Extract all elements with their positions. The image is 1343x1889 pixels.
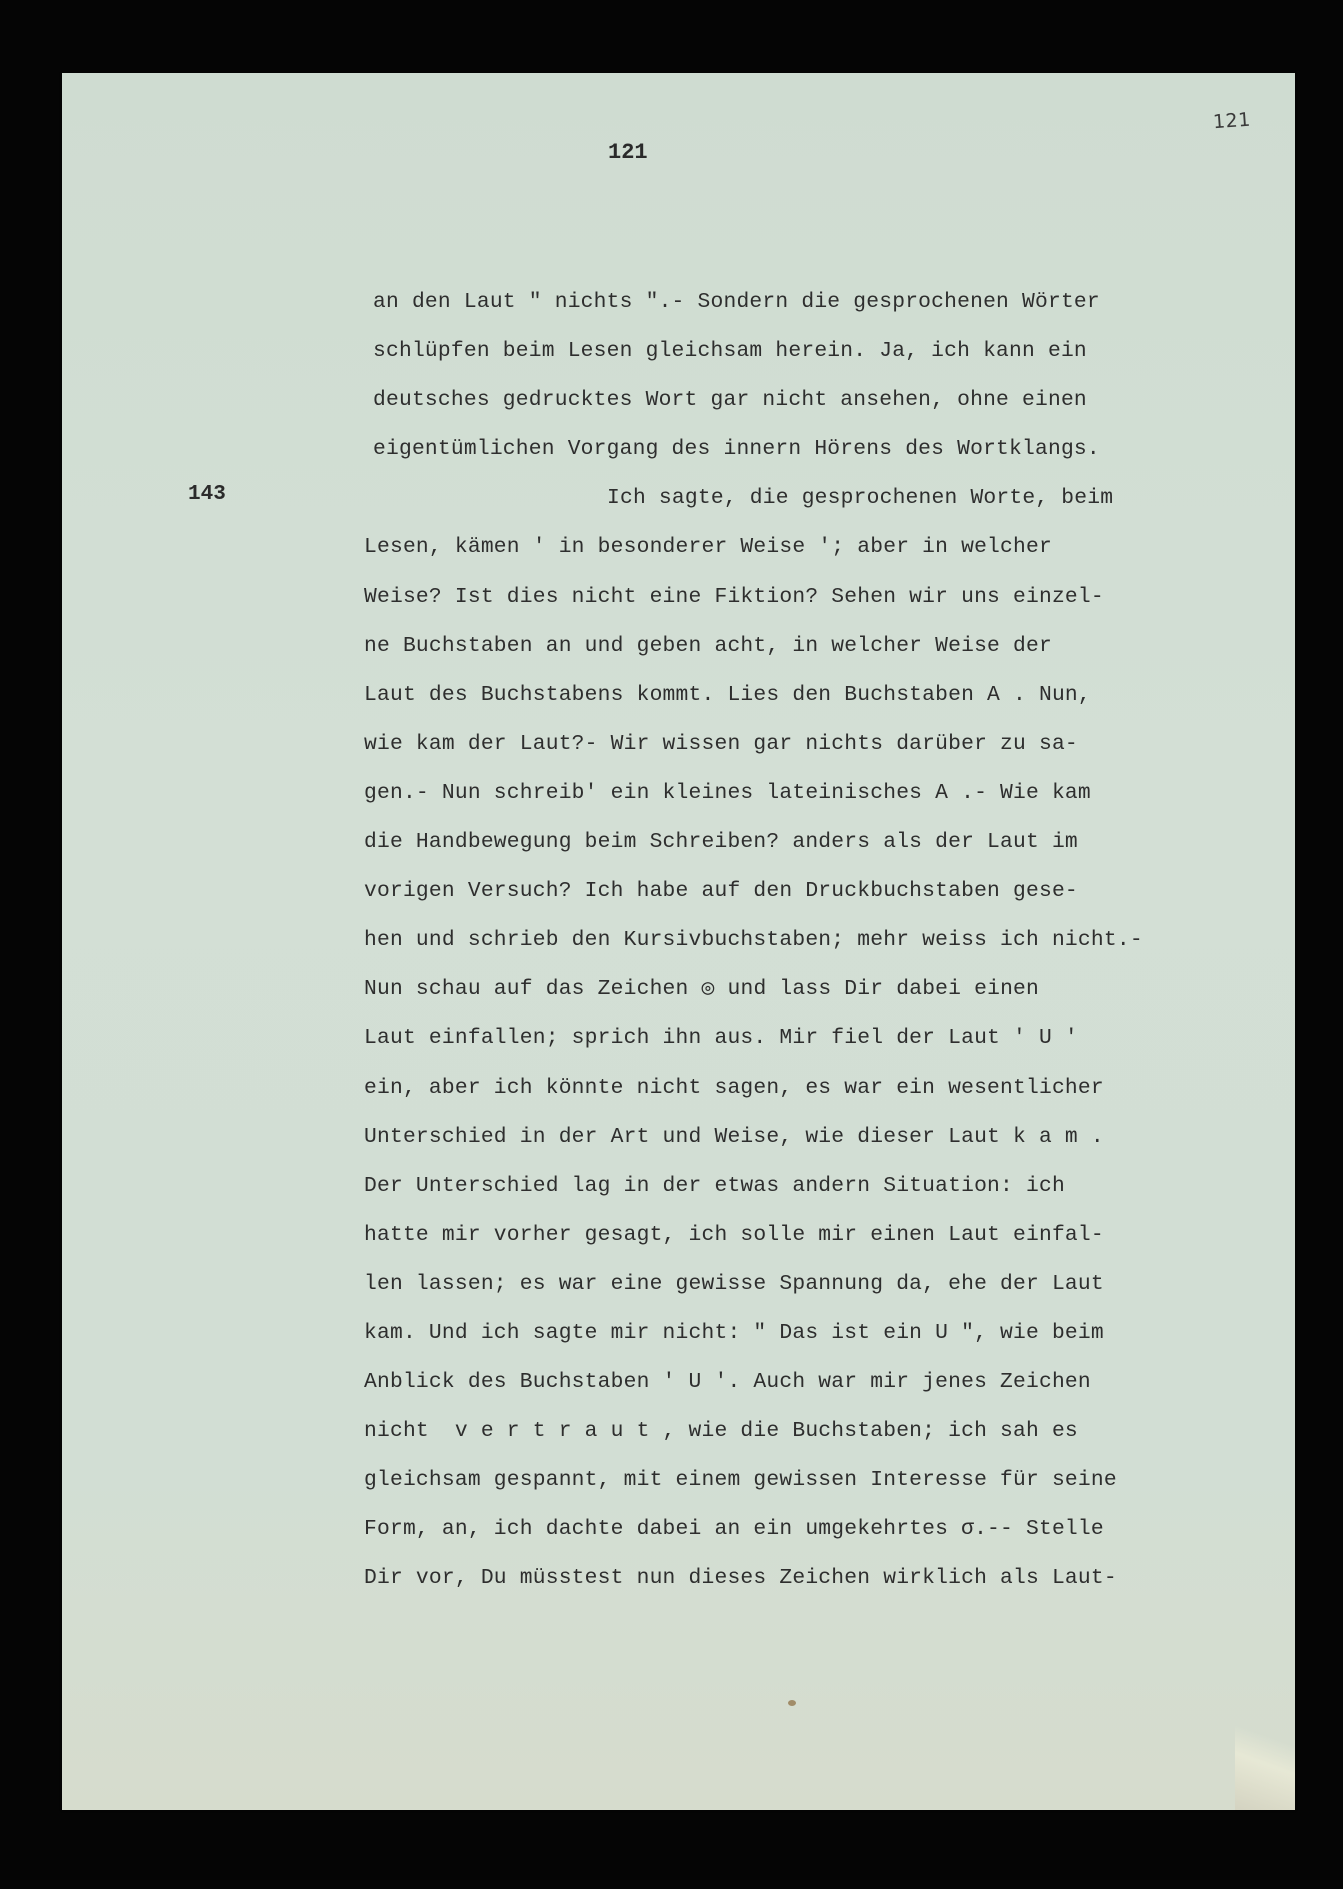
text-line: gleichsam gespannt, mit einem gewissen I… bbox=[364, 1465, 1273, 1514]
text-line: wie kam der Laut?- Wir wissen gar nichts… bbox=[364, 729, 1273, 778]
text-line: Nun schau auf das Zeichen ◎ und lass Dir… bbox=[364, 974, 1273, 1023]
text-line: Weise? Ist dies nicht eine Fiktion? Sehe… bbox=[364, 582, 1273, 631]
margin-remark-number: 143 bbox=[188, 483, 226, 506]
text-line: deutsches gedrucktes Wort gar nicht anse… bbox=[373, 385, 1273, 434]
text-line: Der Unterschied lag in der etwas andern … bbox=[364, 1171, 1273, 1220]
paper-stain bbox=[788, 1700, 796, 1706]
text-line: ein, aber ich könnte nicht sagen, es war… bbox=[364, 1073, 1273, 1122]
text-line: kam. Und ich sagte mir nicht: " Das ist … bbox=[364, 1318, 1273, 1367]
text-line: nicht v e r t r a u t , wie die Buchstab… bbox=[364, 1416, 1273, 1465]
text-line: Laut einfallen; sprich ihn aus. Mir fiel… bbox=[364, 1023, 1273, 1072]
text-line: Lesen, kämen ' in besonderer Weise '; ab… bbox=[364, 532, 1273, 581]
text-line: Form, an, ich dachte dabei an ein umgeke… bbox=[364, 1514, 1273, 1563]
page-number: 121 bbox=[608, 140, 648, 165]
text-line: an den Laut " nichts ".- Sondern die ges… bbox=[373, 287, 1273, 336]
text-line: schlüpfen beim Lesen gleichsam herein. J… bbox=[373, 336, 1273, 385]
text-line: hen und schrieb den Kursivbuchstaben; me… bbox=[364, 925, 1273, 974]
text-line: vorigen Versuch? Ich habe auf den Druckb… bbox=[364, 876, 1273, 925]
text-line: Anblick des Buchstaben ' U '. Auch war m… bbox=[364, 1367, 1273, 1416]
text-line: len lassen; es war eine gewisse Spannung… bbox=[364, 1269, 1273, 1318]
text-line: eigentümlichen Vorgang des innern Hörens… bbox=[373, 434, 1273, 483]
text-line: hatte mir vorher gesagt, ich solle mir e… bbox=[364, 1220, 1273, 1269]
text-line: Unterschied in der Art und Weise, wie di… bbox=[364, 1122, 1273, 1171]
text-line: Dir vor, Du müsstest nun dieses Zeichen … bbox=[364, 1563, 1273, 1612]
text-line: gen.- Nun schreib' ein kleines lateinisc… bbox=[364, 778, 1273, 827]
text-line: die Handbewegung beim Schreiben? anders … bbox=[364, 827, 1273, 876]
body-text: an den Laut " nichts ".- Sondern die ges… bbox=[373, 287, 1273, 1613]
handwritten-archive-number: 121 bbox=[1212, 109, 1251, 134]
paragraph-start-line: Ich sagte, die gesprochenen Worte, beim bbox=[373, 483, 1273, 532]
text-line: Laut des Buchstabens kommt. Lies den Buc… bbox=[364, 680, 1273, 729]
text-line: ne Buchstaben an und geben acht, in welc… bbox=[364, 631, 1273, 680]
